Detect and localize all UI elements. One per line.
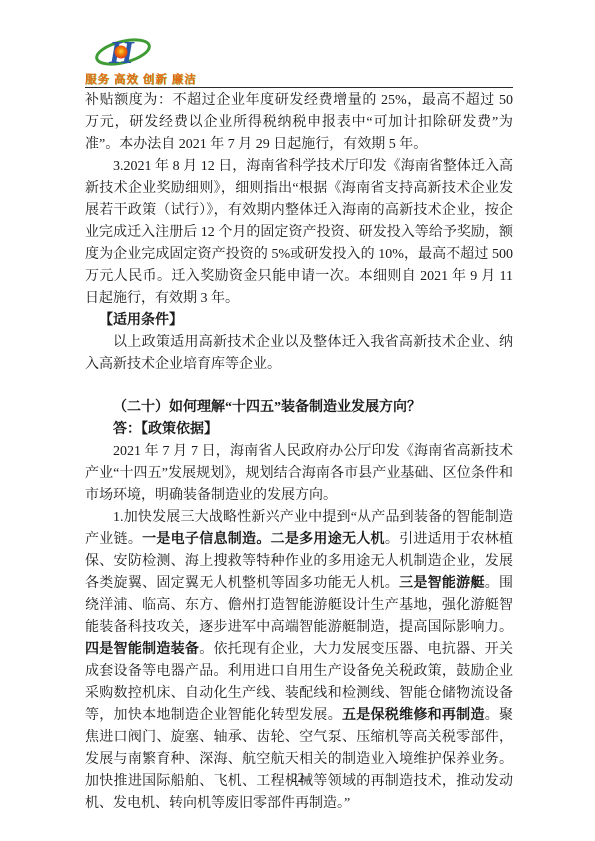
paragraph: 1.加快发展三大战略性新兴产业中提到“从产品到装备的智能制造产业链。一是电子信息… bbox=[85, 507, 513, 815]
text-run: 以上政策适用高新技术企业以及整体迁入我省高新技术企业、纳入高新技术企业培育库等企… bbox=[85, 335, 513, 372]
bold-text-run: 五是保税维修和再制造 bbox=[342, 708, 485, 723]
logo-h-icon: H bbox=[85, 34, 163, 70]
paragraph: 答：【政策依据】 bbox=[85, 419, 513, 441]
paragraph: 2021 年 7 月 7 日，海南省人民政府办公厅印发《海南省高新技术产业“十四… bbox=[85, 441, 513, 507]
paragraph: 补贴额度为：不超过企业年度研发经费增量的 25%，最高不超过 50 万元，研发经… bbox=[85, 90, 513, 156]
text-run: 补贴额度为：不超过企业年度研发经费增量的 25%，最高不超过 50 万元，研发经… bbox=[85, 93, 513, 152]
text-run: 3.2021 年 8 月 12 日，海南省科学技术厅印发《海南省整体迁入高新技术… bbox=[85, 159, 513, 306]
text-run: 2021 年 7 月 7 日，海南省人民政府办公厅印发《海南省高新技术产业“十四… bbox=[85, 444, 513, 503]
bold-text-run: 三是智能游艇 bbox=[399, 576, 485, 591]
text-run: 。聚焦进口阀门、旋塞、轴承、齿轮、空气泵、压缩机等高关税零部件，发展与南繁育种、… bbox=[85, 708, 513, 811]
document-body: 补贴额度为：不超过企业年度研发经费增量的 25%，最高不超过 50 万元，研发经… bbox=[85, 90, 513, 815]
paragraph: 【适用条件】 bbox=[85, 310, 513, 332]
paragraph: 以上政策适用高新技术企业以及整体迁入我省高新技术企业、纳入高新技术企业培育库等企… bbox=[85, 332, 513, 376]
header-logo: H 服务 高效 创新 廉洁 bbox=[85, 34, 285, 87]
header-slogan: 服务 高效 创新 廉洁 bbox=[85, 71, 285, 87]
page-number: 22 bbox=[0, 770, 595, 786]
bold-text-run: 四是智能制造装备 bbox=[85, 642, 199, 657]
bold-text-run: （二十）如何理解“十四五”装备制造业发展方向？ bbox=[113, 400, 421, 415]
bold-text-run: 答：【政策依据】 bbox=[113, 422, 218, 437]
bold-text-run: 【适用条件】 bbox=[99, 313, 183, 328]
paragraph: 3.2021 年 8 月 12 日，海南省科学技术厅印发《海南省整体迁入高新技术… bbox=[85, 156, 513, 310]
section-heading: （二十）如何理解“十四五”装备制造业发展方向？ bbox=[85, 397, 513, 419]
bold-text-run: 一是电子信息制造。二是多用途无人机 bbox=[142, 532, 385, 547]
header-rule bbox=[85, 87, 513, 88]
document-page: H 服务 高效 创新 廉洁 补贴额度为：不超过企业年度研发经费增量的 25%，最… bbox=[0, 0, 595, 841]
